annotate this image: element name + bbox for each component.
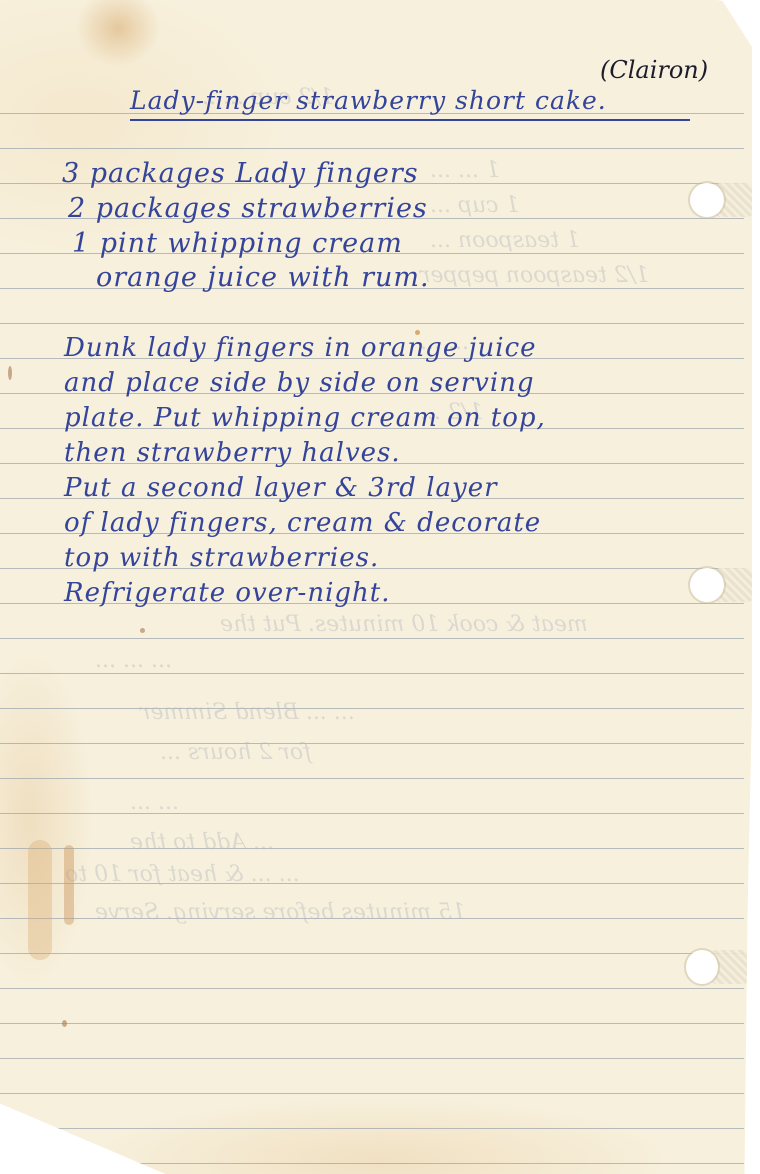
ruled-line bbox=[0, 988, 744, 989]
stain-speck bbox=[62, 1020, 67, 1027]
ingredient-item: 2 packages strawberries bbox=[68, 193, 428, 224]
ruled-line bbox=[0, 743, 744, 744]
instruction-line: Refrigerate over-night. bbox=[64, 578, 391, 608]
ruled-line bbox=[0, 1058, 744, 1059]
binder-hole bbox=[686, 950, 718, 984]
ruled-line bbox=[0, 813, 744, 814]
ingredient-item: orange juice with rum. bbox=[96, 262, 430, 293]
instruction-line: Dunk lady fingers in orange juice bbox=[64, 333, 537, 363]
ingredient-item: 3 packages Lady fingers bbox=[62, 158, 419, 189]
binder-hole bbox=[690, 183, 724, 217]
ruled-line bbox=[0, 673, 744, 674]
ruled-line bbox=[0, 638, 744, 639]
ruled-line bbox=[0, 708, 744, 709]
binder-hole bbox=[690, 568, 724, 602]
instruction-line: then strawberry halves. bbox=[64, 438, 401, 468]
author-note: (Clairon) bbox=[600, 56, 708, 84]
ruled-line bbox=[0, 1128, 744, 1129]
recipe-card: 1/2 cup ... ... 1 ... ... 1 cup ... 1 te… bbox=[0, 0, 752, 1174]
ruled-line bbox=[0, 148, 744, 149]
instruction-line: Put a second layer & 3rd layer bbox=[64, 473, 498, 503]
stain-speck bbox=[140, 628, 145, 633]
ingredient-item: 1 pint whipping cream bbox=[72, 228, 403, 259]
instruction-line: plate. Put whipping cream on top, bbox=[64, 403, 546, 433]
ruled-line bbox=[0, 1163, 744, 1164]
ruled-line bbox=[0, 1023, 744, 1024]
ruled-line bbox=[0, 953, 744, 954]
ruled-line bbox=[0, 1093, 744, 1094]
instruction-line: and place side by side on serving bbox=[64, 368, 535, 398]
ruled-line bbox=[0, 848, 744, 849]
stain-speck bbox=[8, 366, 12, 380]
instruction-line: of lady fingers, cream & decorate bbox=[64, 508, 541, 538]
ruled-line bbox=[0, 323, 744, 324]
ruled-line bbox=[0, 778, 744, 779]
instruction-line: top with strawberries. bbox=[64, 543, 379, 573]
stain bbox=[64, 845, 74, 925]
recipe-title: Lady-finger strawberry short cake. bbox=[130, 86, 690, 121]
stain bbox=[28, 840, 52, 960]
